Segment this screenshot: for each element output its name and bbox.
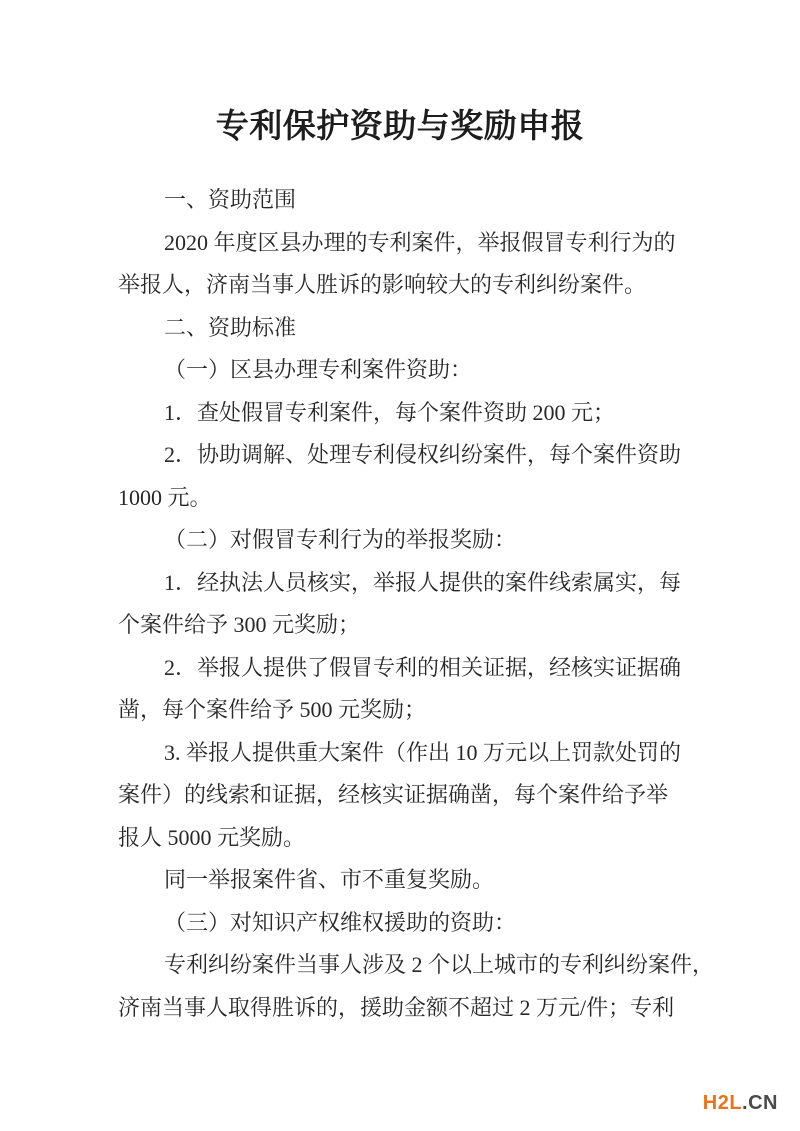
- paragraph-line: 专利纠纷案件当事人涉及 2 个以上城市的专利纠纷案件，: [118, 944, 690, 987]
- list-item-line: 凿，每个案件给予 500 元奖励；: [118, 689, 690, 732]
- list-item-line: 1000 元。: [118, 477, 690, 520]
- subsection-heading: （二）对假冒专利行为的举报奖励：: [118, 519, 690, 562]
- paragraph-line: 举报人，济南当事人胜诉的影响较大的专利纠纷案件。: [118, 264, 690, 307]
- list-item-line: 案件）的线索和证据，经核实证据确凿，每个案件给予举: [118, 774, 690, 817]
- site-watermark: H2L.CN: [703, 1092, 778, 1115]
- subsection-heading: （三）对知识产权维权援助的资助：: [118, 902, 690, 945]
- watermark-brand-text: H2L: [703, 1092, 742, 1114]
- paragraph-line: 2020 年度区县办理的专利案件，举报假冒专利行为的: [118, 222, 690, 265]
- document-body: 一、资助范围 2020 年度区县办理的专利案件，举报假冒专利行为的 举报人，济南…: [118, 179, 690, 1029]
- list-item-line: 3. 举报人提供重大案件（作出 10 万元以上罚款处罚的: [118, 732, 690, 775]
- list-item-line: 1．查处假冒专利案件，每个案件资助 200 元；: [118, 392, 690, 435]
- list-item-line: 2．协助调解、处理专利侵权纠纷案件，每个案件资助: [118, 434, 690, 477]
- document-title: 专利保护资助与奖励申报: [0, 0, 800, 148]
- list-item-line: 1．经执法人员核实，举报人提供的案件线索属实，每: [118, 562, 690, 605]
- list-item-line: 2．举报人提供了假冒专利的相关证据，经核实证据确: [118, 647, 690, 690]
- list-item-line: 报人 5000 元奖励。: [118, 817, 690, 860]
- watermark-domain-text: .CN: [742, 1092, 778, 1114]
- section-heading: 一、资助范围: [118, 179, 690, 222]
- list-item-line: 个案件给予 300 元奖励；: [118, 604, 690, 647]
- document-page: 专利保护资助与奖励申报 一、资助范围 2020 年度区县办理的专利案件，举报假冒…: [0, 0, 800, 1131]
- paragraph-line: 济南当事人取得胜诉的，援助金额不超过 2 万元/件；专利: [118, 987, 690, 1030]
- subsection-heading: （一）区县办理专利案件资助：: [118, 349, 690, 392]
- section-heading: 二、资助标准: [118, 307, 690, 350]
- paragraph-line: 同一举报案件省、市不重复奖励。: [118, 859, 690, 902]
